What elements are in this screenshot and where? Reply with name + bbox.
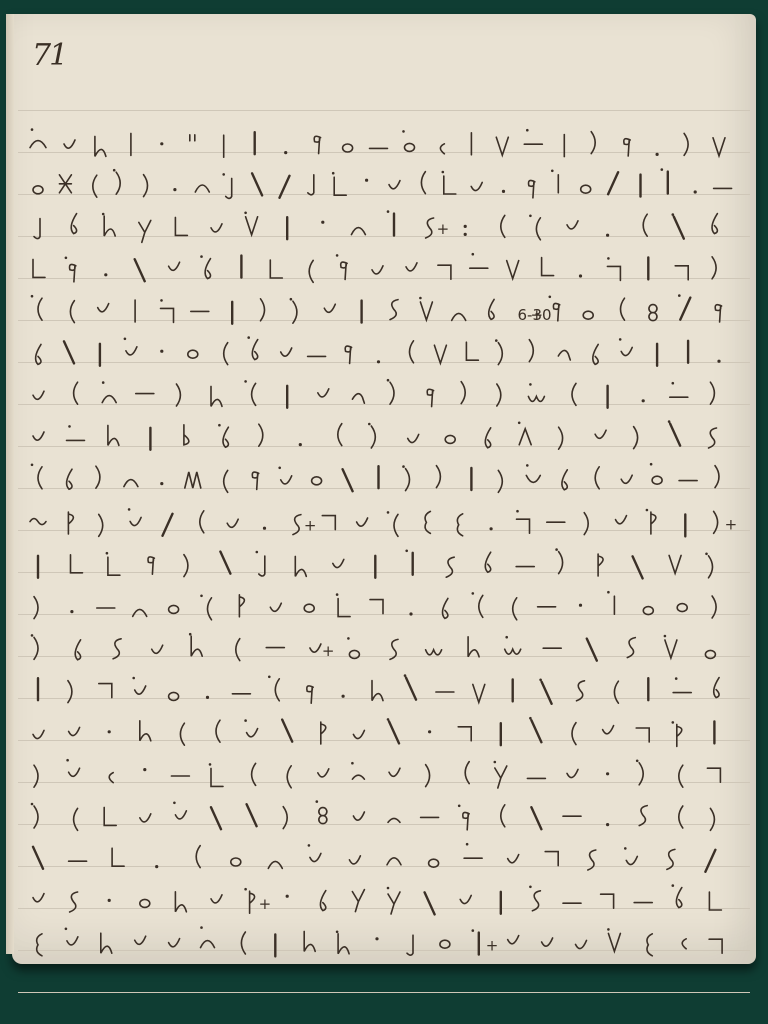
svg-text:+: + bbox=[304, 517, 317, 535]
shorthand-line bbox=[26, 166, 756, 206]
svg-text:+: + bbox=[725, 515, 738, 533]
shorthand-line bbox=[26, 840, 756, 880]
shorthand-line: + bbox=[26, 208, 756, 248]
shorthand-line bbox=[26, 798, 756, 838]
shorthand-line bbox=[26, 588, 756, 628]
shorthand-line bbox=[26, 418, 756, 458]
svg-text:+: + bbox=[531, 306, 544, 324]
shorthand-line bbox=[26, 756, 756, 796]
svg-text:+: + bbox=[437, 220, 450, 238]
svg-text:+: + bbox=[486, 937, 499, 955]
rule-line bbox=[18, 110, 750, 111]
shorthand-line: 6-30+ bbox=[26, 292, 756, 332]
svg-text:+: + bbox=[322, 642, 335, 660]
page-number: 71 bbox=[32, 38, 66, 73]
shorthand-line bbox=[26, 376, 756, 416]
shorthand-line bbox=[26, 714, 756, 754]
shorthand-line: + bbox=[26, 882, 756, 922]
shorthand-line: + bbox=[26, 924, 756, 964]
shorthand-line: ++ bbox=[26, 504, 756, 544]
shorthand-line bbox=[26, 672, 756, 712]
shorthand-line bbox=[26, 546, 756, 586]
shorthand-line bbox=[26, 250, 756, 290]
rule-line bbox=[18, 992, 750, 993]
shorthand-line: + bbox=[26, 630, 756, 670]
shorthand-line bbox=[26, 460, 756, 500]
notebook-page: 71 +6-30++++++ bbox=[12, 14, 756, 964]
shorthand-line bbox=[26, 126, 756, 166]
svg-text:+: + bbox=[259, 895, 272, 913]
shorthand-line bbox=[26, 334, 756, 374]
